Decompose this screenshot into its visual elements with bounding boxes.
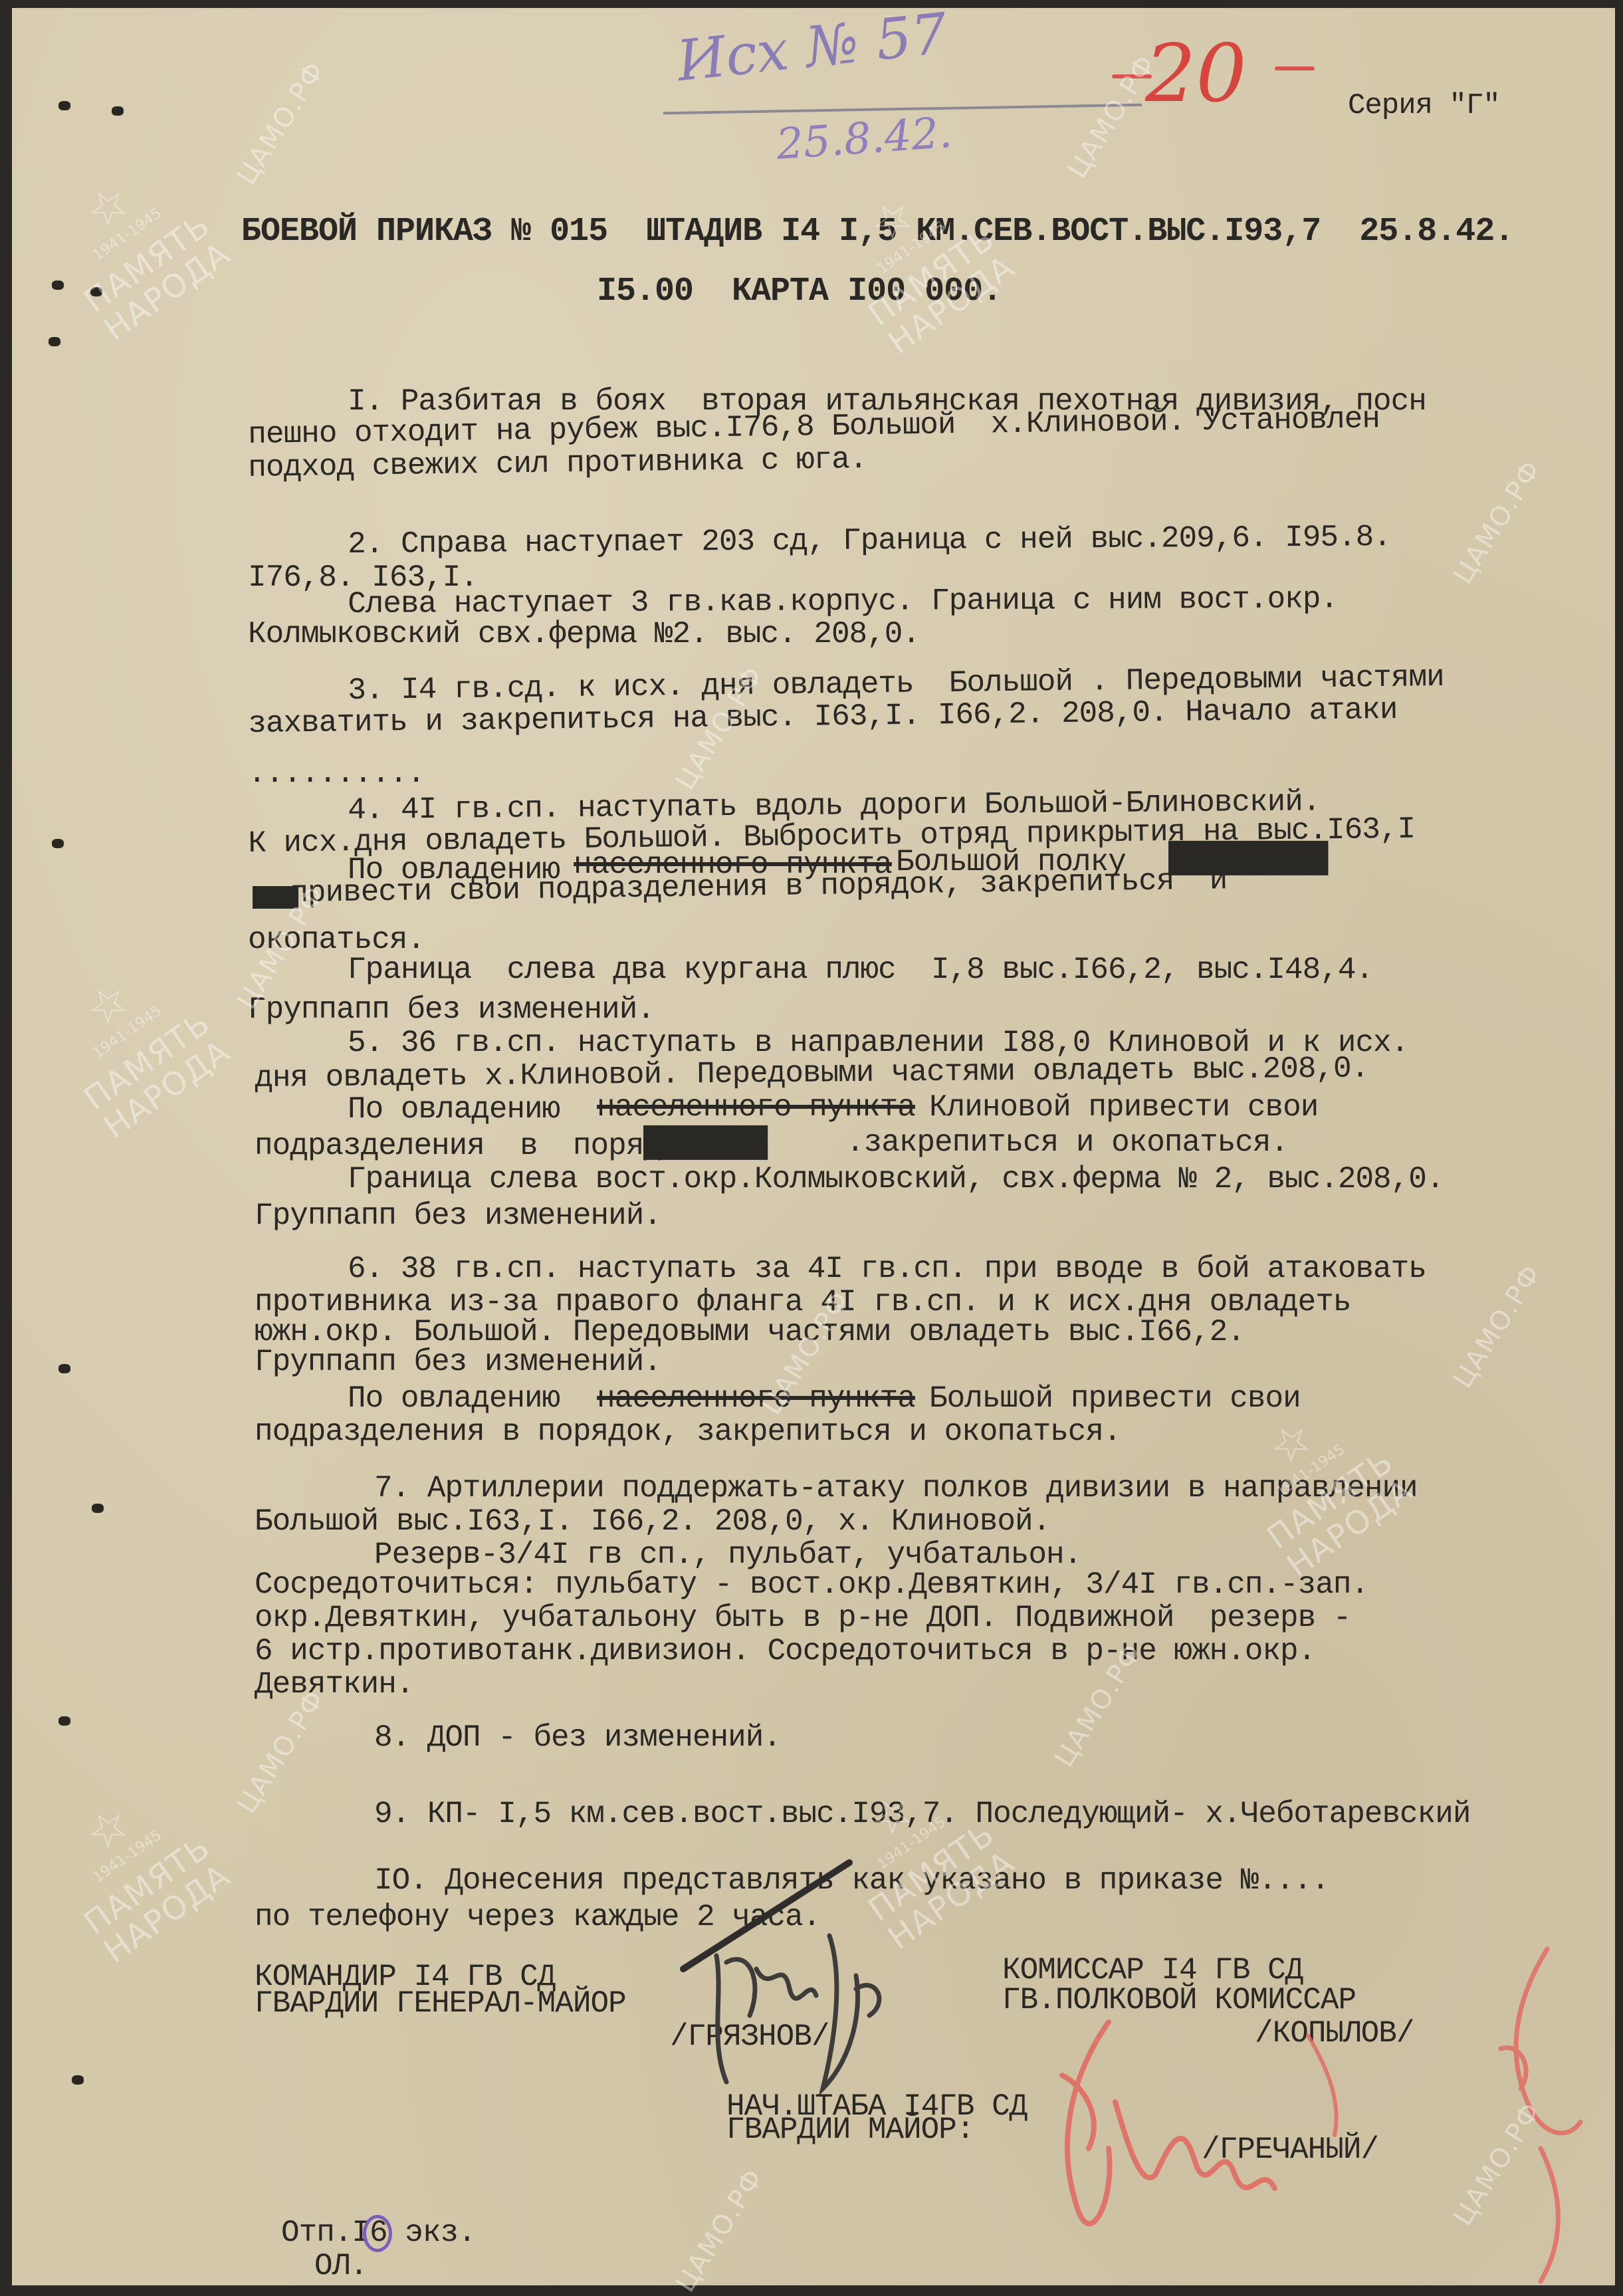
typist-initials: ОЛ.	[314, 2248, 368, 2284]
archival-document-page: Исх № 57 25.8.42. 20 Серия "Г" БОЕВОЙ ПР…	[12, 8, 1615, 2285]
copy-number-circle	[363, 2215, 392, 2252]
commissar-red-signature	[12, 8, 1615, 2285]
